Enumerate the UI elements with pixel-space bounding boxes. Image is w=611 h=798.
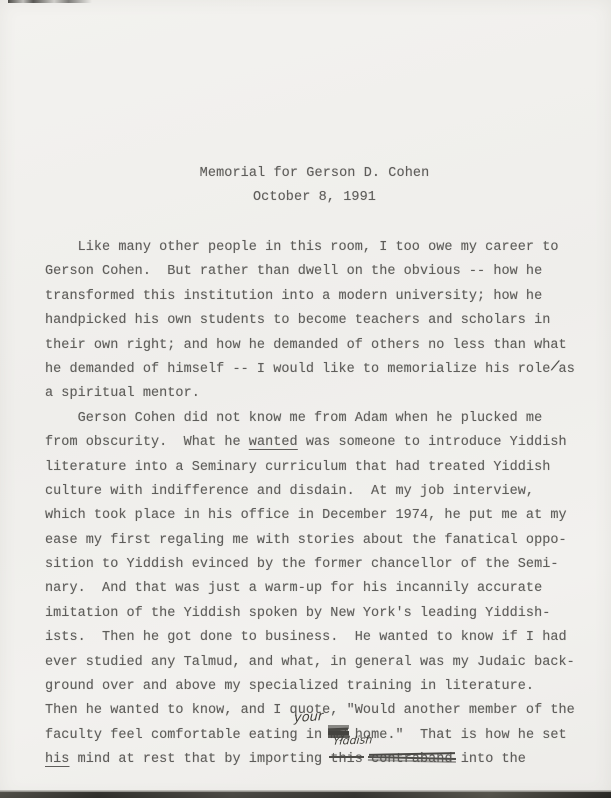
- struck-word-wrapper: contrabandYiddish: [371, 748, 453, 772]
- text-segment: mind at rest that by importing: [69, 752, 330, 767]
- body-line-5: their own right; and how he demanded of …: [45, 334, 585, 358]
- body-line-3: transformed this institution into a mode…: [45, 285, 585, 309]
- body-line-10: literature into a Seminary curriculum th…: [45, 456, 585, 480]
- body-line-16: imitation of the Yiddish spoken by New Y…: [45, 602, 585, 626]
- underlined-word: wanted: [249, 435, 298, 450]
- body-line-9: from obscurity. What he wanted was someo…: [45, 431, 585, 455]
- body-line-13: ease my first regaling me with stories a…: [45, 529, 585, 553]
- body-line-11: culture with indifference and disdain. A…: [45, 480, 585, 504]
- document-body: Like many other people in this room, I t…: [45, 236, 585, 773]
- handwritten-correction-yiddish: Yiddish: [333, 735, 373, 747]
- body-line-4: handpicked his own students to become te…: [45, 309, 585, 333]
- body-line-12: which took place in his office in Decemb…: [45, 504, 585, 528]
- text-segment: as: [559, 362, 575, 377]
- body-line-19: ground over and above my specialized tra…: [45, 675, 585, 699]
- text-segment: from obscurity. What he: [45, 435, 249, 450]
- body-line-2: Gerson Cohen. But rather than dwell on t…: [45, 260, 585, 284]
- scanned-document-page: Memorial for Gerson D. Cohen October 8, …: [0, 0, 611, 798]
- text-segment: home." That is how he set: [347, 728, 567, 743]
- text-segment: was someone to introduce Yiddish: [298, 435, 567, 450]
- handwritten-correction-your: your: [294, 710, 324, 725]
- body-line-17: ists. Then he got done to business. He w…: [45, 626, 585, 650]
- body-line-8: Gerson Cohen did not know me from Adam w…: [45, 407, 585, 431]
- scan-edge-artifact-top: [8, 0, 92, 3]
- body-line-14: sition to Yiddish evinced by the former …: [45, 553, 585, 577]
- body-line-22: his mind at rest that by importing this …: [45, 748, 585, 772]
- scan-edge-artifact-bottom: [0, 790, 611, 798]
- document-heading: Memorial for Gerson D. Cohen October 8, …: [0, 162, 611, 211]
- body-line-18: ever studied any Talmud, and what, in ge…: [45, 651, 585, 675]
- document-date: October 8, 1991: [18, 186, 611, 210]
- body-line-21: faculty feel comfortable eating in myyou…: [45, 724, 585, 748]
- underlined-word: his: [45, 752, 69, 767]
- document-title: Memorial for Gerson D. Cohen: [18, 162, 611, 186]
- body-line-15: nary. And that was just a warm-up for hi…: [45, 577, 585, 601]
- struck-word: contraband: [371, 752, 453, 767]
- struck-word-wrapper: this: [330, 748, 363, 772]
- body-line-1: Like many other people in this room, I t…: [45, 236, 585, 260]
- text-segment: faculty feel comfortable eating in: [45, 728, 330, 743]
- struck-word: this: [330, 752, 363, 767]
- text-segment: he demanded of himself -- I would like t…: [45, 362, 550, 377]
- body-line-6: he demanded of himself -- I would like t…: [45, 358, 585, 382]
- body-line-7: a spiritual mentor.: [45, 382, 585, 406]
- text-segment: into the: [453, 752, 526, 767]
